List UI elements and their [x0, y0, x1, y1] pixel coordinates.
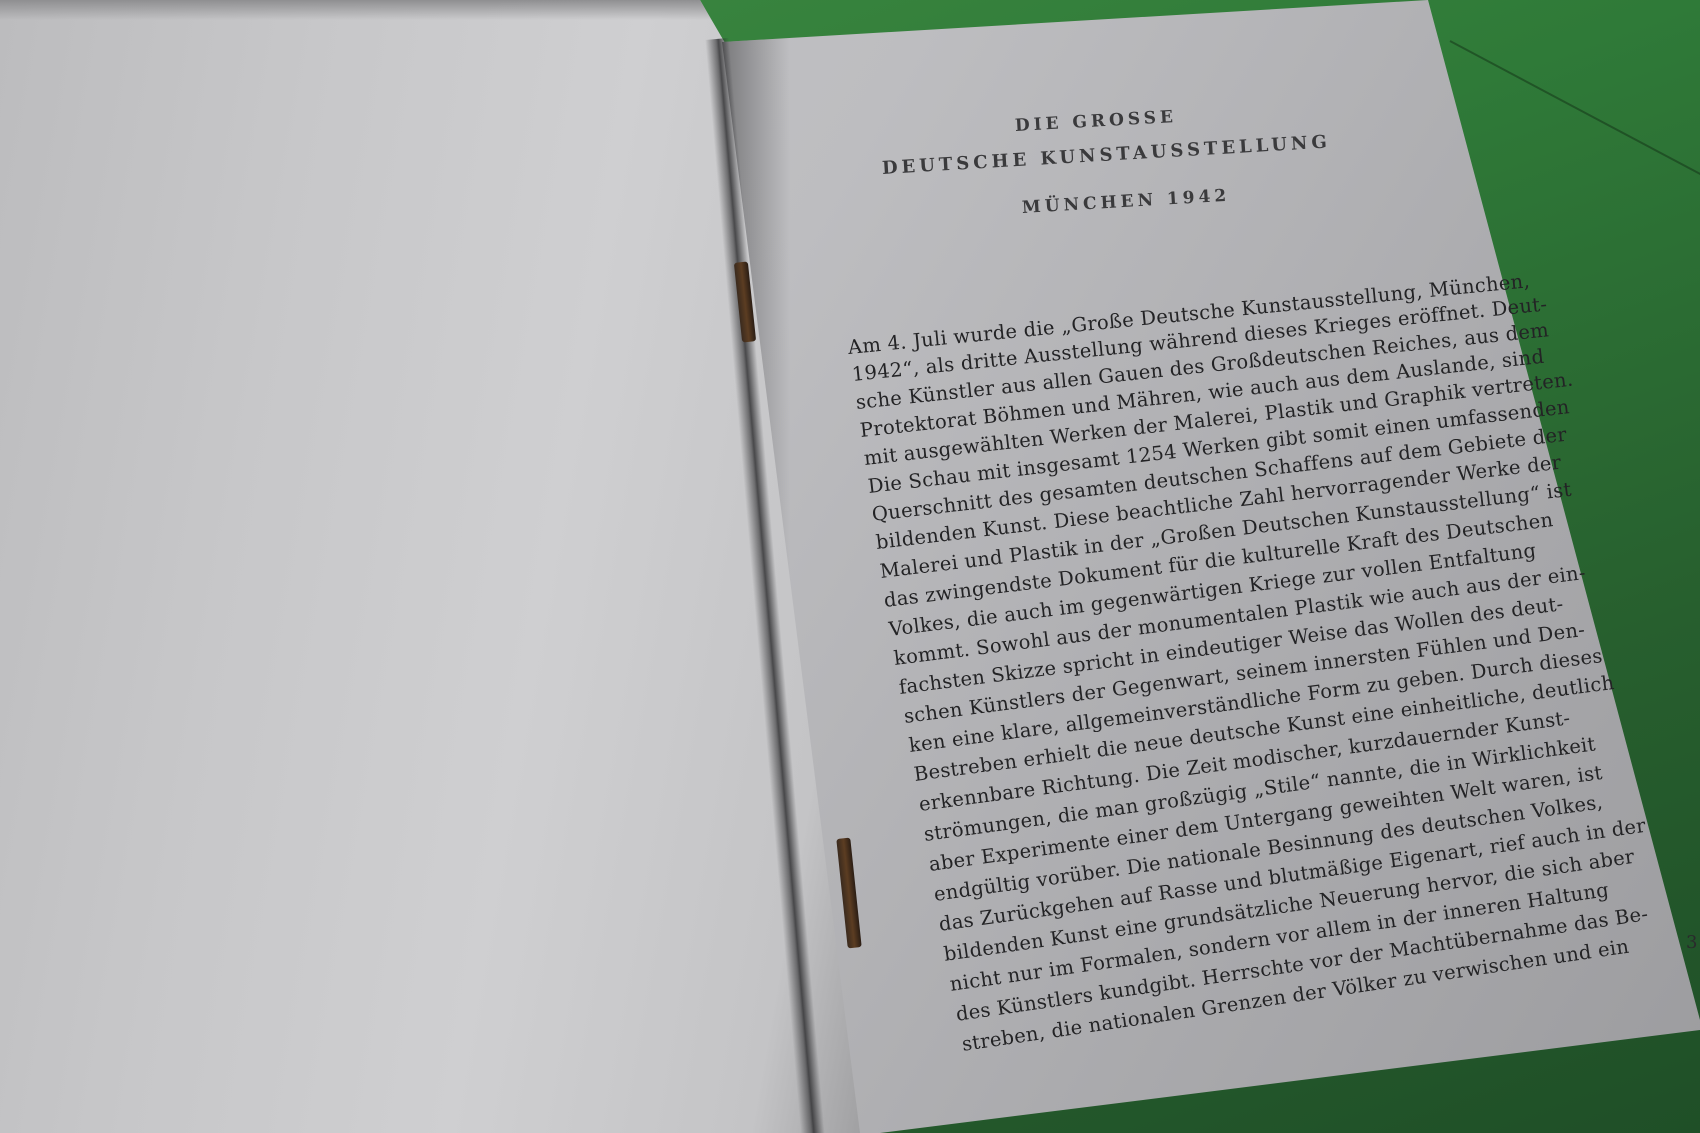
- printed-text: DIE GROSSE DEUTSCHE KUNSTAUSSTELLUNG MÜN…: [0, 0, 1700, 1133]
- page-title-line-2: DEUTSCHE KUNSTAUSSTELLUNG: [881, 131, 1331, 179]
- photo-scene: DIE GROSSE DEUTSCHE KUNSTAUSSTELLUNG MÜN…: [0, 0, 1700, 1133]
- page-title-line-1: DIE GROSSE: [1014, 107, 1177, 136]
- page-number: 3: [1686, 932, 1697, 953]
- page-title-line-3: MÜNCHEN 1942: [1021, 186, 1230, 218]
